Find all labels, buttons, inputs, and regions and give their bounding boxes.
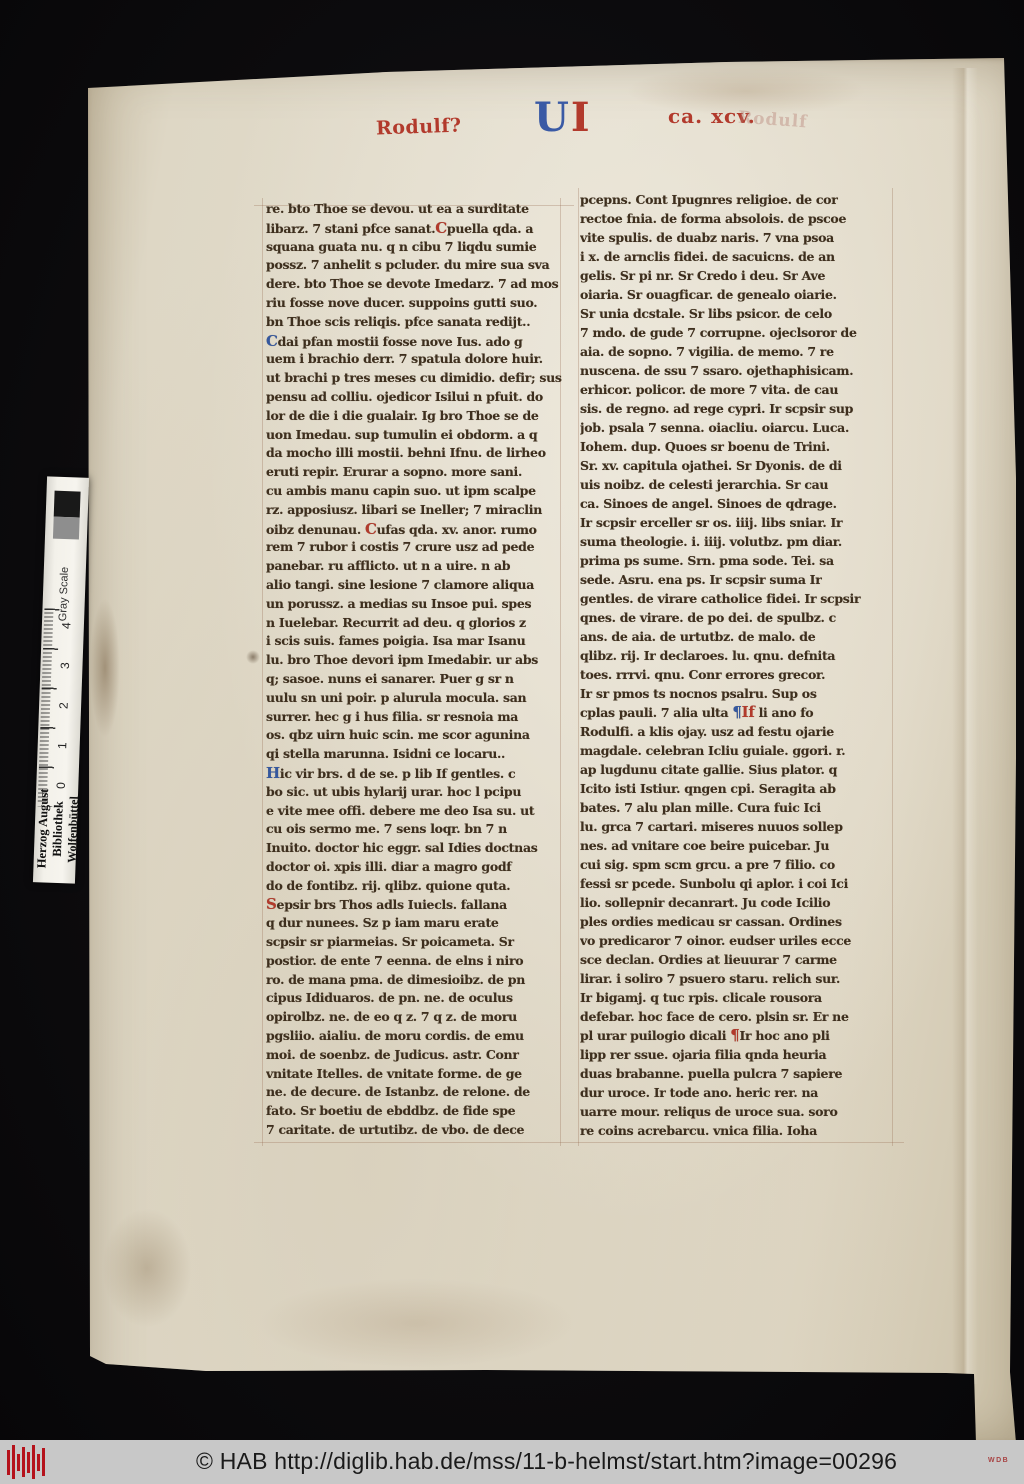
manuscript-text-segment: dai pfan mostii fosse nove Ius. ado g — [278, 334, 523, 349]
manuscript-line: bates. 7 alu plan mille. Cura fuic Ici — [580, 798, 896, 817]
manuscript-line: pcepns. Cont Ipugnres religioe. de cor — [580, 190, 896, 209]
manuscript-line: Icito isti Istiur. qngen cpi. Seragita a… — [580, 779, 896, 798]
manuscript-line: erhicor. policor. de more 7 vita. de cau — [580, 380, 896, 399]
manuscript-line: panebar. ru afflicto. ut n a uire. n ab — [266, 557, 564, 576]
hab-logo-icon — [6, 1445, 48, 1479]
manuscript-line: oiaria. Sr ouagficar. de genealo oiarie. — [580, 285, 896, 304]
footer-bar: © HAB http://diglib.hab.de/mss/11-b-helm… — [0, 1440, 1024, 1484]
manuscript-line: uon Imedau. sup tumulin ei obdorm. a q — [266, 426, 564, 445]
manuscript-text-segment: pl urar puilogio dicali — [580, 1028, 730, 1043]
manuscript-line: nuscena. de ssu 7 ssaro. ojethaphisicam. — [580, 361, 896, 380]
manuscript-line: opirolbz. ne. de eo q z. 7 q z. de moru — [266, 1008, 564, 1027]
manuscript-line: Ir scpsir erceller sr os. iiij. libs sni… — [580, 513, 896, 532]
manuscript-line: qlibz. rij. Ir declaroes. lu. qnu. defni… — [580, 646, 896, 665]
ruling-line — [254, 1142, 904, 1143]
ink-offset-ghost: Rodulf — [737, 108, 808, 133]
numeral-red: I — [571, 94, 592, 141]
rubric-initial-blue: C — [266, 332, 278, 350]
manuscript-line: libarz. 7 stani pfce sanat.Cpuella qda. … — [266, 219, 564, 238]
rubric-initial-red: C — [365, 520, 377, 538]
manuscript-line: lipp rer ssue. ojaria filia qnda heuria — [580, 1045, 896, 1064]
manuscript-line: do de fontibz. rij. qlibz. quione quta. — [266, 877, 564, 896]
manuscript-line: lio. sollepnir decanrart. Ju code Icilio — [580, 893, 896, 912]
manuscript-line: dere. bto Thoe se devote Imedarz. 7 ad m… — [266, 275, 564, 294]
manuscript-line: cui sig. spm scm grcu. a pre 7 filio. co — [580, 855, 896, 874]
calibration-patch-black — [54, 491, 81, 518]
manuscript-text-segment: ufas qda. xv. anor. rumo — [377, 522, 537, 537]
manuscript-line: uis noibz. de celesti jerarchia. Sr cau — [580, 475, 896, 494]
manuscript-text-segment: cplas pauli. 7 alia ulta — [580, 705, 732, 720]
manuscript-text-segment: libarz. 7 stani pfce sanat. — [266, 221, 435, 236]
manuscript-line: e vite mee offi. debere me deo Isa su. u… — [266, 802, 564, 821]
manuscript-line: ap lugdunu citate gallie. Sius plator. q — [580, 760, 896, 779]
manuscript-line: rectoe fnia. de forma absolois. de pscoe — [580, 209, 896, 228]
manuscript-line: toes. rrrvi. qnu. Conr errores grecor. — [580, 665, 896, 684]
manuscript-line: aia. de sopno. 7 vigilia. de memo. 7 re — [580, 342, 896, 361]
manuscript-line: Ir bigamj. q tuc rpis. clicale rousora — [580, 988, 896, 1007]
manuscript-line: scpsir sr piarmeias. Sr poicameta. Sr — [266, 933, 564, 952]
manuscript-line: gentles. de virare catholice fidei. Ir s… — [580, 589, 896, 608]
ruler-number: 2 — [56, 697, 74, 714]
manuscript-line: sce declan. Ordies at lieuurar 7 carme — [580, 950, 896, 969]
manuscript-line: qi stella marunna. Isidni ce locaru.. — [266, 745, 564, 764]
manuscript-line: dur uroce. Ir tode ano. heric rer. na — [580, 1083, 896, 1102]
rubric-initial-red: C — [435, 219, 447, 237]
manuscript-line: doctor oi. xpis illi. diar a magro godf — [266, 858, 564, 877]
manuscript-line: q; sasoe. nuns ei sanarer. Puer g sr n — [266, 670, 564, 689]
library-name: Herzog August Bibliothek Wolfenbüttel — [34, 774, 78, 883]
parchment-stain — [256, 1278, 576, 1368]
library-name-line1: Herzog August Bibliothek — [34, 774, 68, 883]
manuscript-line: vnitate Itelles. de vnitate forme. de ge — [266, 1065, 564, 1084]
manuscript-page: Rodulf? UI ca. xcv. Rodulf re. bto Thoe … — [86, 58, 1022, 1444]
manuscript-line: riu fosse nove ducer. suppoins gutti suo… — [266, 294, 564, 313]
manuscript-text-segment: epsir brs Thos adls Iuiecls. fallana — [277, 897, 507, 912]
ruler-number: 1 — [55, 737, 73, 754]
manuscript-line: os. qbz uirn huic scin. me scor agunina — [266, 726, 564, 745]
text-column-left: re. bto Thoe se devou. ut ea a surditate… — [266, 200, 564, 1140]
manuscript-line: i x. de arnclis fidei. de sacuicns. de a… — [580, 247, 896, 266]
manuscript-text-segment: oibz denunau. — [266, 522, 365, 537]
wdb-watermark: WDB — [988, 1457, 1009, 1464]
grayscale-ruler: Gray Scale 43210 Herzog August Bibliothe… — [33, 476, 89, 883]
manuscript-line: surrer. hec g i hus filia. sr resnoia ma — [266, 708, 564, 727]
manuscript-line: 7 mdo. de gude 7 corrupne. ojeclsoror de — [580, 323, 896, 342]
manuscript-line: qnes. de virare. de po dei. de spulbz. c — [580, 608, 896, 627]
manuscript-line: fato. Sr boetiu de ebddbz. de fide spe — [266, 1102, 564, 1121]
manuscript-line: moi. de soenbz. de Judicus. astr. Conr — [266, 1046, 564, 1065]
manuscript-line: pgsliio. aialiu. de moru cordis. de emu — [266, 1027, 564, 1046]
manuscript-line: fessi sr pcede. Sunbolu qi aplor. i coi … — [580, 874, 896, 893]
manuscript-line: suma theologie. i. iiij. volutbz. pm dia… — [580, 532, 896, 551]
library-name-line2: Wolfenbüttel — [64, 775, 82, 883]
manuscript-line: ca. Sinoes de angel. Sinoes de qdrage. — [580, 494, 896, 513]
manuscript-line: ne. de decure. de Istanbz. de relone. de — [266, 1083, 564, 1102]
manuscript-line: Cdai pfan mostii fosse nove Ius. ado g — [266, 332, 564, 351]
manuscript-line: pl urar puilogio dicali ¶Ir hoc ano pli — [580, 1026, 896, 1045]
manuscript-line: Rodulfi. a klis ojay. usz ad festu ojari… — [580, 722, 896, 741]
parchment-stain — [90, 598, 120, 738]
manuscript-line: duas brabanne. puella pulcra 7 sapiere — [580, 1064, 896, 1083]
manuscript-text-segment: Ir hoc ano pli — [740, 1028, 830, 1043]
rubric-initial-red: If — [742, 703, 755, 721]
page-fold — [952, 68, 978, 1384]
manuscript-line: lirar. i soliro 7 psuero staru. relich s… — [580, 969, 896, 988]
running-title-left: Rodulf? — [376, 115, 462, 140]
manuscript-line: Ir sr pmos ts nocnos psalru. Sup os — [580, 684, 896, 703]
ruler-number: 3 — [58, 657, 76, 674]
manuscript-line: re coins acrebarcu. vnica filia. Ioha — [580, 1121, 896, 1140]
manuscript-line: cu ois sermo me. 7 sens loqr. bn 7 n — [266, 820, 564, 839]
numeral-blue: U — [534, 94, 571, 141]
manuscript-line: vite spulis. de duabz naris. 7 vna psoa — [580, 228, 896, 247]
manuscript-line: q dur nunees. Sz p iam maru erate — [266, 914, 564, 933]
manuscript-line: uulu sn uni poir. p alurula mocula. san — [266, 689, 564, 708]
rubric-initial-red: S — [266, 895, 277, 913]
manuscript-line: rem 7 rubor i costis 7 crure usz ad pede — [266, 538, 564, 557]
ruler-number: 4 — [59, 617, 77, 634]
footer-copyright-url: © HAB http://diglib.hab.de/mss/11-b-helm… — [196, 1448, 897, 1475]
manuscript-line: Inuito. doctor hic eggr. sal Idies doctn… — [266, 839, 564, 858]
manuscript-line: Sr. xv. capitula ojathei. Sr Dyonis. de … — [580, 456, 896, 475]
manuscript-line: re. bto Thoe se devou. ut ea a surditate — [266, 200, 564, 219]
manuscript-line: i scis suis. fames poigia. Isa mar Isanu — [266, 632, 564, 651]
rubric-initial-red: ¶ — [730, 1026, 739, 1044]
manuscript-line: da mocho illi mostii. behni Ifnu. de lir… — [266, 444, 564, 463]
manuscript-line: possz. 7 anhelit s pcluder. du mire sua … — [266, 256, 564, 275]
digitized-manuscript-viewer: { "header": { "left_title": "Rodulf?", "… — [0, 0, 1024, 1484]
manuscript-line: nes. ad vnitare coe beire puicebar. Ju — [580, 836, 896, 855]
manuscript-line: uarre mour. reliqus de uroce sua. soro — [580, 1102, 896, 1121]
manuscript-line: prima ps sume. Srn. pma sode. Tei. sa — [580, 551, 896, 570]
manuscript-line: Iohem. dup. Quoes sr boenu de Trini. — [580, 437, 896, 456]
manuscript-line: uem i brachio derr. 7 spatula dolore hui… — [266, 350, 564, 369]
manuscript-line: Hic vir brs. d de se. p lib If gentles. … — [266, 764, 564, 783]
manuscript-line: vo predicaror 7 oinor. eudser uriles ecc… — [580, 931, 896, 950]
manuscript-line: lu. grca 7 cartari. miseres nuuos sollep — [580, 817, 896, 836]
manuscript-line: oibz denunau. Cufas qda. xv. anor. rumo — [266, 520, 564, 539]
manuscript-line: 7 caritate. de urtutibz. de vbo. de dece — [266, 1121, 564, 1140]
manuscript-line: alio tangi. sine lesione 7 clamore aliqu… — [266, 576, 564, 595]
manuscript-line: n Iuelebar. Recurrit ad deu. q glorios z — [266, 614, 564, 633]
manuscript-line: ples ordies medicau sr cassan. Ordines — [580, 912, 896, 931]
manuscript-text-segment: li ano fo — [755, 705, 814, 720]
manuscript-line: gelis. Sr pi nr. Sr Credo i deu. Sr Ave — [580, 266, 896, 285]
manuscript-line: Sr unia dcstale. Sr libs psicor. de celo — [580, 304, 896, 323]
rubric-initial-blue: H — [266, 764, 280, 782]
folio-numeral: UI — [534, 94, 592, 141]
manuscript-line: bo sic. ut ubis hylarij urar. hoc l pcip… — [266, 783, 564, 802]
parchment-stain — [102, 1208, 192, 1328]
manuscript-line: magdale. celebran Icliu guiale. ggori. r… — [580, 741, 896, 760]
manuscript-line: squana guata nu. q n cibu 7 liqdu sumie — [266, 238, 564, 257]
ruling-line — [578, 188, 579, 1146]
manuscript-line: pensu ad colliu. ojedicor Isilui n pfuit… — [266, 388, 564, 407]
manuscript-line: lor de die i die gualair. Ig bro Thoe se… — [266, 407, 564, 426]
manuscript-line: un porussz. a medias su Insoe pui. spes — [266, 595, 564, 614]
ruling-line — [262, 198, 263, 1146]
manuscript-line: lu. bro Thoe devori ipm Imedabir. ur abs — [266, 651, 564, 670]
manuscript-line: sis. de regno. ad rege cypri. Ir scpsir … — [580, 399, 896, 418]
manuscript-line: cplas pauli. 7 alia ulta ¶If li ano fo — [580, 703, 896, 722]
manuscript-line: postior. de ente 7 eenna. de elns i niro — [266, 952, 564, 971]
parchment-stain — [246, 650, 260, 664]
manuscript-line: bn Thoe scis reliqis. pfce sanata redijt… — [266, 313, 564, 332]
manuscript-line: job. psala 7 senna. oiacliu. oiarcu. Luc… — [580, 418, 896, 437]
manuscript-line: ro. de mana pma. de dimesioibz. de pn — [266, 971, 564, 990]
manuscript-line: eruti repir. Erurar a sopno. more sani. — [266, 463, 564, 482]
manuscript-line: rz. apposiusz. libari se Ineller; 7 mira… — [266, 501, 564, 520]
calibration-patch-gray — [53, 517, 80, 540]
manuscript-text-segment: ic vir brs. d de se. p lib If gentles. c — [280, 766, 515, 781]
manuscript-line: defebar. hoc face de cero. plsin sr. Er … — [580, 1007, 896, 1026]
manuscript-line: ans. de aia. de urtutbz. de malo. de — [580, 627, 896, 646]
manuscript-line: ut brachi p tres meses cu dimidio. defir… — [266, 369, 564, 388]
manuscript-line: sede. Asru. ena ps. Ir scpsir suma Ir — [580, 570, 896, 589]
text-column-right: pcepns. Cont Ipugnres religioe. de corre… — [580, 190, 896, 1140]
manuscript-text-segment: puella qda. a — [447, 221, 533, 236]
rubric-initial-blue: ¶ — [732, 703, 741, 721]
manuscript-line: cipus Ididuaros. de pn. ne. de oculus — [266, 989, 564, 1008]
manuscript-line: cu ambis manu capin suo. ut ipm scalpe — [266, 482, 564, 501]
manuscript-line: Sepsir brs Thos adls Iuiecls. fallana — [266, 895, 564, 914]
